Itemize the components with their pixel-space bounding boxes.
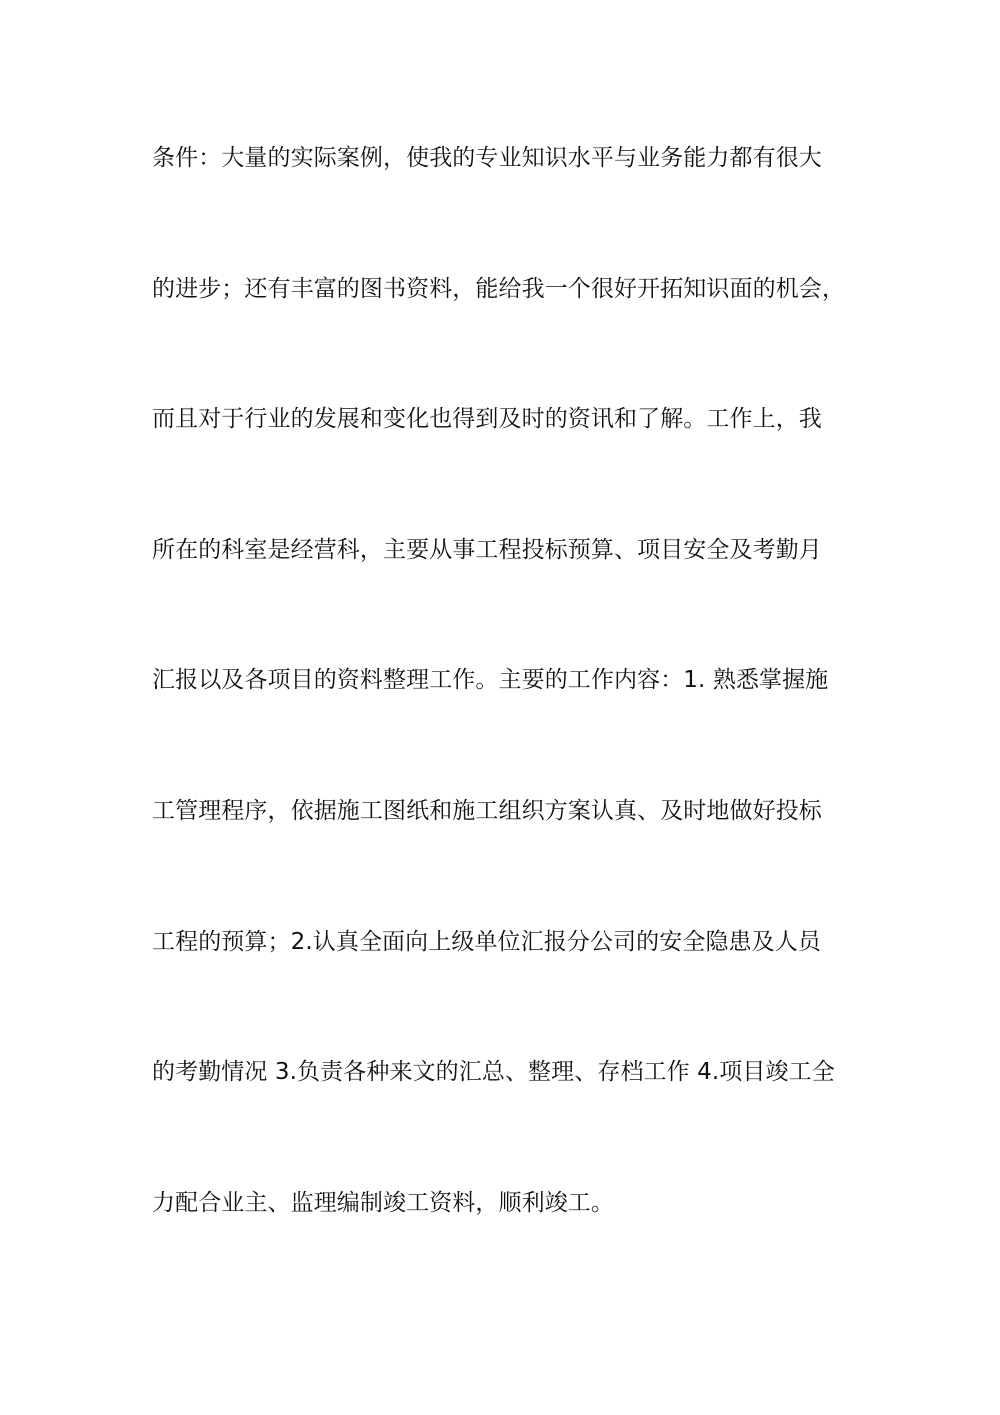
text-line-2: 的进步；还有丰富的图书资料，能给我一个很好开拓知识面的机会，: [152, 272, 862, 403]
text-line-8: 的考勤情况 3.负责各种来文的汇总、整理、存档工作 4.项目竣工全: [152, 1055, 862, 1186]
text-line-5: 汇报以及各项目的资料整理工作。主要的工作内容：1. 熟悉掌握施: [152, 663, 862, 794]
text-line-4: 所在的科室是经营科，主要从事工程投标预算、项目安全及考勤月: [152, 533, 862, 664]
text-line-1: 条件：大量的实际案例，使我的专业知识水平与业务能力都有很大: [152, 141, 862, 272]
text-line-6: 工管理程序，依据施工图纸和施工组织方案认真、及时地做好投标: [152, 794, 862, 925]
text-line-9: 力配合业主、监理编制竣工资料，顺利竣工。: [152, 1186, 862, 1317]
text-line-3: 而且对于行业的发展和变化也得到及时的资讯和了解。工作上，我: [152, 402, 862, 533]
text-line-7: 工程的预算；2.认真全面向上级单位汇报分公司的安全隐患及人员: [152, 925, 862, 1056]
document-page: 条件：大量的实际案例，使我的专业知识水平与业务能力都有很大 的进步；还有丰富的图…: [0, 0, 1000, 1415]
body-paragraph: 条件：大量的实际案例，使我的专业知识水平与业务能力都有很大 的进步；还有丰富的图…: [152, 141, 862, 1316]
